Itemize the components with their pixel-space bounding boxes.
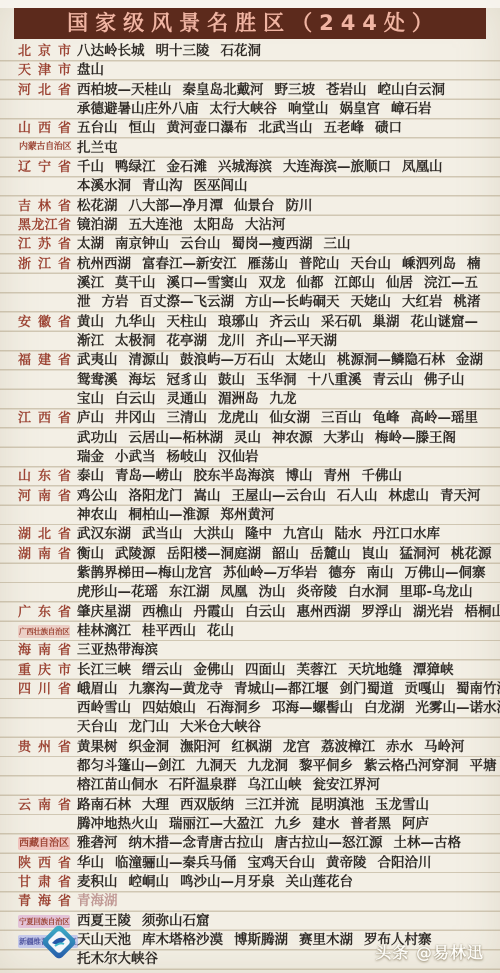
scenic-name: 武汉东湖 <box>77 526 131 542</box>
province-row: 山西省五台山恒山黄河壶口瀑布北武当山五老峰碛口 <box>18 119 492 138</box>
scenic-name: 西双版纳 <box>180 797 234 813</box>
scenic-line: 西柏坡—天桂山秦皇岛北戴河野三坡苍岩山崆山白云洞 <box>77 81 492 100</box>
scenic-name: 琅琊山 <box>218 314 259 330</box>
scenic-line: 黄山九华山天柱山琅琊山齐云山采石矶巢湖花山谜窟— <box>77 313 492 332</box>
scenic-name: 凤凰 <box>221 584 248 600</box>
scenic-name: 仙都 <box>297 275 324 291</box>
scenic-name: 大茅山 <box>324 430 365 446</box>
scenic-name: 博斯腾湖 <box>234 932 288 948</box>
scenic-name: 桂平西山 <box>142 623 196 639</box>
scenic-name: 蜀岗—瘦西湖 <box>232 236 313 252</box>
scenic-name: 紫云格凸河穿洞 <box>364 758 459 774</box>
scenic-name: 龙门山 <box>129 719 170 735</box>
scenic-name: 南京钟山 <box>115 236 169 252</box>
scenic-name: 泄 <box>77 294 91 310</box>
scenic-line: 肇庆星湖西樵山丹霞山白云山惠州西湖罗浮山湖光岩梧桐山 <box>77 603 492 622</box>
scenic-name: 齐山—平天湖 <box>256 333 337 349</box>
scenic-name: 云居山—柘林湖 <box>129 430 224 446</box>
scenic-name: 陆水 <box>335 526 362 542</box>
scenic-line: 瑞金小武当杨岐山汉仙岩 <box>77 448 492 467</box>
province-scenic-list: 黄山九华山天柱山琅琊山齐云山采石矶巢湖花山谜窟—渐江太极洞花亭湖龙川齐山—平天湖 <box>77 313 492 352</box>
province-scenic-list: 太湖南京钟山云台山蜀岗—瘦西湖三山 <box>77 235 492 254</box>
scenic-name: 雁荡山 <box>248 256 289 272</box>
scenic-line: 庐山井冈山三清山龙虎山仙女湖三百山龟峰高岭—瑶里 <box>77 409 492 428</box>
scenic-name: 西夏王陵 <box>77 913 131 929</box>
scenic-name: 织金洞 <box>129 739 170 755</box>
scenic-line: 麦积山崆峒山鸣沙山—月牙泉关山莲花台 <box>77 873 492 892</box>
scenic-name: 华山 <box>77 855 104 871</box>
scenic-name: 野三坡 <box>275 82 316 98</box>
province-scenic-list: 庐山井冈山三清山龙虎山仙女湖三百山龟峰高岭—瑶里武功山云居山—柘林湖灵山神农源大… <box>77 409 492 467</box>
scenic-name: 石花洞 <box>221 43 262 59</box>
scenic-name: 龙川 <box>218 333 245 349</box>
province-row: 湖南省衡山武陵源岳阳楼—洞庭湖韶山岳麓山崀山猛洞河桃花源紫鹊界梯田—梅山龙宫苏仙… <box>18 545 492 603</box>
province-row: 安徽省黄山九华山天柱山琅琊山齐云山采石矶巢湖花山谜窟—渐江太极洞花亭湖龙川齐山—… <box>18 313 492 352</box>
province-label: 甘肃省 <box>18 873 71 892</box>
scenic-name: 白水洞 <box>348 584 389 600</box>
province-row: 海南省三亚热带海滨 <box>18 641 492 660</box>
scenic-name: 清源山 <box>129 352 170 368</box>
scenic-name: 九龙 <box>270 391 297 407</box>
scenic-name: 泰山 <box>77 468 104 484</box>
province-scenic-list: 西夏王陵须弥山石窟 <box>77 912 492 931</box>
scenic-name: 土林—古格 <box>394 835 462 851</box>
scenic-name: 青云山 <box>373 372 414 388</box>
province-label: 北京市 <box>18 42 71 61</box>
scenic-name: 桂林漓江 <box>77 623 131 639</box>
province-label: 山东省 <box>18 467 71 486</box>
scenic-name: 三山 <box>324 236 351 252</box>
scenic-name: 关山莲花台 <box>286 874 354 890</box>
scenic-name: 隆中 <box>245 526 272 542</box>
province-scenic-list: 长江三峡缙云山金佛山四面山芙蓉江天坑地缝潭獐峡 <box>77 661 492 680</box>
scenic-name: 鸳鸯溪 <box>77 372 118 388</box>
scenic-name: 苏仙岭—万华岩 <box>223 565 318 581</box>
scenic-name: 双龙 <box>259 275 286 291</box>
scenic-name: 赛里木湖 <box>299 932 353 948</box>
scenic-name: 崆山白云洞 <box>378 82 446 98</box>
scanned-page: 国家级风景名胜区（244处） 北京市八达岭长城明十三陵石花洞天津市盘山河北省西柏… <box>0 0 500 973</box>
scenic-line: 本溪水洞青山沟医巫闾山 <box>77 177 492 196</box>
province-row: 宁夏回族自治区西夏王陵须弥山石窟 <box>18 912 492 931</box>
scenic-name: 梧桐山 <box>465 604 500 620</box>
province-scenic-list: 杭州西湖富春江—新安江雁荡山普陀山天台山嵊泗列岛楠溪江莫干山溪口—雪窦山双龙仙都… <box>77 255 492 313</box>
scenic-name: 溪江 <box>77 275 104 291</box>
scenic-name: 都匀斗篷山—剑江 <box>77 758 185 774</box>
scenic-name: 九宫山 <box>283 526 324 542</box>
province-scenic-list: 峨眉山九寨沟—黄龙寺青城山—都江堰剑门蜀道贡嘎山蜀南竹海西岭雪山四姑娘山石海洞乡… <box>77 680 492 738</box>
scenic-name: 杨岐山 <box>167 449 208 465</box>
scenic-name: 云台山 <box>180 236 221 252</box>
province-row: 云南省路南石林大理西双版纳三江并流昆明滇池玉龙雪山腾冲地热火山瑞丽江—大盈江九乡… <box>18 796 492 835</box>
scenic-name: 千佛山 <box>362 468 403 484</box>
scenic-line: 泄方岩百丈漈—飞云湖方山—长屿硐天天姥山大红岩桃渚 <box>77 293 492 312</box>
scenic-name: 仙居 <box>386 275 413 291</box>
province-row: 河北省西柏坡—天桂山秦皇岛北戴河野三坡苍岩山崆山白云洞承德避暑山庄外八庙太行大峡… <box>18 81 492 120</box>
scenic-name: 天台山 <box>77 719 118 735</box>
scenic-name: 娲皇宫 <box>340 101 381 117</box>
scenic-name: 普者黑 <box>351 816 392 832</box>
scenic-line: 天台山龙门山大米仓大峡谷 <box>77 718 492 737</box>
province-scenic-list: 三亚热带海滨 <box>77 641 492 660</box>
scenic-name: 阿庐 <box>402 816 429 832</box>
scenic-name: 瑞金 <box>77 449 104 465</box>
province-label: 贵州省 <box>18 738 71 757</box>
scenic-name: 三百山 <box>321 410 362 426</box>
province-row: 辽宁省千山鸭绿江金石滩兴城海滨大连海滨—旅顺口凤凰山本溪水洞青山沟医巫闾山 <box>18 158 492 197</box>
scenic-line: 峨眉山九寨沟—黄龙寺青城山—都江堰剑门蜀道贡嘎山蜀南竹海 <box>77 680 492 699</box>
scenic-name: 鼓浪屿—万石山 <box>180 352 275 368</box>
scenic-name: 巢湖 <box>373 314 400 330</box>
scenic-name: 盘山 <box>77 62 104 78</box>
scenic-name: 仙女湖 <box>270 410 311 426</box>
scenic-name: 腾冲地热火山 <box>77 816 158 832</box>
scenic-name: 神农山 <box>77 507 118 523</box>
province-scenic-list: 雅砻河纳木措—念青唐古拉山唐古拉山—怒江源土林—古格 <box>77 834 492 853</box>
scenic-line: 渐江太极洞花亭湖龙川齐山—平天湖 <box>77 332 492 351</box>
province-label: 河北省 <box>18 81 71 100</box>
scenic-name: 花亭湖 <box>167 333 208 349</box>
scenic-name: 梅岭—滕王阁 <box>375 430 456 446</box>
province-label: 湖南省 <box>18 545 71 564</box>
scenic-line: 扎兰屯 <box>77 139 492 158</box>
scenic-name: 邛海—螺髻山 <box>272 700 353 716</box>
province-row: 吉林省松花湖八大部—净月潭仙景台防川 <box>18 197 492 216</box>
scenic-name: 崆峒山 <box>129 874 170 890</box>
province-row: 湖北省武汉东湖武当山大洪山隆中九宫山陆水丹江口水库 <box>18 525 492 544</box>
scenic-line: 泰山青岛—崂山胶东半岛海滨博山青州千佛山 <box>77 467 492 486</box>
scenic-name: 天坑地缝 <box>348 662 402 678</box>
scenic-name: 太湖 <box>77 236 104 252</box>
province-label: 辽宁省 <box>18 158 71 177</box>
scenic-name: 武陵源 <box>115 546 156 562</box>
scenic-name: 大连海滨—旅顺口 <box>283 159 391 175</box>
scenic-name: 八大部—净月潭 <box>129 198 224 214</box>
scenic-name: 天台山 <box>351 256 392 272</box>
scenic-name: 金佛山 <box>194 662 235 678</box>
scenic-name: 三亚热带海滨 <box>77 642 158 658</box>
province-label: 广西壮族自治区 <box>18 622 71 641</box>
province-scenic-list: 扎兰屯 <box>77 139 492 158</box>
scenic-name: 苍岩山 <box>326 82 367 98</box>
scenic-name: 白云山 <box>245 604 286 620</box>
province-scenic-list: 武夷山清源山鼓浪屿—万石山太姥山桃源洞—鳞隐石林金湖鸳鸯溪海坛冠豸山鼓山玉华洞十… <box>77 351 492 409</box>
province-row: 青海省青海湖 <box>18 892 492 911</box>
scenic-line: 武夷山清源山鼓浪屿—万石山太姥山桃源洞—鳞隐石林金湖 <box>77 351 492 370</box>
scenic-name: 齐云山 <box>270 314 311 330</box>
scenic-name: 金湖 <box>456 352 483 368</box>
province-label: 陕西省 <box>18 854 71 873</box>
scenic-name: 太姥山 <box>286 352 327 368</box>
scenic-name: 天姥山 <box>351 294 392 310</box>
scenic-name: 百丈漈—飞云湖 <box>140 294 235 310</box>
scenic-name: 太阳岛 <box>194 217 235 233</box>
scenic-name: 采石矶 <box>321 314 362 330</box>
province-scenic-list: 盘山 <box>77 61 492 80</box>
scenic-name: 井冈山 <box>115 410 156 426</box>
scenic-name: 千山 <box>77 159 104 175</box>
province-scenic-list: 西柏坡—天桂山秦皇岛北戴河野三坡苍岩山崆山白云洞承德避暑山庄外八庙太行大峡谷响堂… <box>77 81 492 120</box>
scenic-name: 本溪水洞 <box>77 178 131 194</box>
scenic-name: 青山沟 <box>142 178 183 194</box>
province-label: 重庆市 <box>18 661 71 680</box>
scenic-name: 肇庆星湖 <box>77 604 131 620</box>
scenic-name: 德夯 <box>329 565 356 581</box>
scenic-name: 峨眉山 <box>77 681 118 697</box>
scenic-name: 纳木措—念青唐古拉山 <box>129 835 264 851</box>
scenic-name: 路南石林 <box>77 797 131 813</box>
scenic-name: 光雾山—诺水河 <box>416 700 500 716</box>
scenic-name: 天柱山 <box>167 314 208 330</box>
scenic-name: 鸭绿江 <box>115 159 156 175</box>
scenic-name: 洛阳龙门 <box>129 488 183 504</box>
scenic-name: 缙云山 <box>142 662 183 678</box>
scenic-name: 响堂山 <box>288 101 329 117</box>
scenic-name: 溪口—雪窦山 <box>167 275 248 291</box>
scenic-name: 唐古拉山—怒江源 <box>275 835 383 851</box>
scenic-name: 西柏坡—天桂山 <box>77 82 172 98</box>
scenic-name: 龟峰 <box>373 410 400 426</box>
scenic-name: 大理 <box>142 797 169 813</box>
province-scenic-list: 麦积山崆峒山鸣沙山—月牙泉关山莲花台 <box>77 873 492 892</box>
scenic-name: 秦皇岛北戴河 <box>183 82 264 98</box>
province-scenic-list: 泰山青岛—崂山胶东半岛海滨博山青州千佛山 <box>77 467 492 486</box>
scenic-name: 芙蓉江 <box>297 662 338 678</box>
scenic-line: 镜泊湖五大连池太阳岛大沾河 <box>77 216 492 235</box>
province-row: 山东省泰山青岛—崂山胶东半岛海滨博山青州千佛山 <box>18 467 492 486</box>
watermark: 头条 @易林迅 <box>375 940 484 963</box>
scenic-name: 西岭雪山 <box>77 700 131 716</box>
scenic-line: 宝山白云山灵通山湄洲岛九龙 <box>77 390 492 409</box>
scenic-name: 明十三陵 <box>156 43 210 59</box>
scenic-name: 北武当山 <box>259 120 313 136</box>
scenic-name: 浣江—五 <box>424 275 478 291</box>
province-row: 广西壮族自治区桂林漓江桂平西山花山 <box>18 622 492 641</box>
scenic-name: 乌江山峡 <box>248 777 302 793</box>
scenic-line: 虎形山—花瑶东江湖凤凰沩山炎帝陵白水洞里耶-乌龙山 <box>77 583 492 602</box>
scenic-name: 青城山—都江堰 <box>234 681 329 697</box>
scenic-name: 郑州黄河 <box>221 507 275 523</box>
scenic-name: 马岭河 <box>424 739 465 755</box>
scenic-line: 八达岭长城明十三陵石花洞 <box>77 42 492 61</box>
scenic-name: 贡嘎山 <box>405 681 446 697</box>
scenic-name: 四面山 <box>245 662 286 678</box>
scenic-name: 平塘 <box>470 758 497 774</box>
scenic-name: 建水 <box>313 816 340 832</box>
toutiao-logo-icon <box>36 919 82 965</box>
scenic-line: 雅砻河纳木措—念青唐古拉山唐古拉山—怒江源土林—古格 <box>77 834 492 853</box>
scenic-name: 武夷山 <box>77 352 118 368</box>
scenic-name: 青海湖 <box>77 893 118 909</box>
province-row: 福建省武夷山清源山鼓浪屿—万石山太姥山桃源洞—鳞隐石林金湖鸳鸯溪海坛冠豸山鼓山玉… <box>18 351 492 409</box>
scenic-line: 西岭雪山四姑娘山石海洞乡邛海—螺髻山白龙湖光雾山—诺水河 <box>77 699 492 718</box>
scenic-line: 五台山恒山黄河壶口瀑布北武当山五老峰碛口 <box>77 119 492 138</box>
province-row: 甘肃省麦积山崆峒山鸣沙山—月牙泉关山莲花台 <box>18 873 492 892</box>
scenic-line: 松花湖八大部—净月潭仙景台防川 <box>77 197 492 216</box>
scenic-name: 武功山 <box>77 430 118 446</box>
scenic-name: 沩山 <box>259 584 286 600</box>
scenic-name: 赤水 <box>386 739 413 755</box>
scenic-name: 合阳洽川 <box>378 855 432 871</box>
scenic-name: 岳阳楼—洞庭湖 <box>167 546 262 562</box>
scenic-name: 灵通山 <box>167 391 208 407</box>
scenic-line: 溪江莫干山溪口—雪窦山双龙仙都江郎山仙居浣江—五 <box>77 274 492 293</box>
scenic-name: 瑞丽江—大盈江 <box>169 816 264 832</box>
scenic-name: 太行大峡谷 <box>210 101 278 117</box>
scenic-name: 九洞天 <box>196 758 237 774</box>
scenic-line: 武功山云居山—柘林湖灵山神农源大茅山梅岭—滕王阁 <box>77 429 492 448</box>
scenic-line: 武汉东湖武当山大洪山隆中九宫山陆水丹江口水库 <box>77 525 492 544</box>
scenic-name: 大红岩 <box>402 294 443 310</box>
province-row: 西藏自治区雅砻河纳木措—念青唐古拉山唐古拉山—怒江源土林—古格 <box>18 834 492 853</box>
scenic-name: 博山 <box>286 468 313 484</box>
province-scenic-list: 鸡公山洛阳龙门嵩山王屋山—云台山石人山林虑山青天河神农山桐柏山—淮源郑州黄河 <box>77 487 492 526</box>
scenic-name: 八达岭长城 <box>77 43 145 59</box>
scenic-name: 青岛—崂山 <box>115 468 183 484</box>
scenic-name: 惠州西湖 <box>297 604 351 620</box>
scenic-name: 汉仙岩 <box>218 449 259 465</box>
province-scenic-list: 千山鸭绿江金石滩兴城海滨大连海滨—旅顺口凤凰山本溪水洞青山沟医巫闾山 <box>77 158 492 197</box>
province-row: 内蒙古自治区扎兰屯 <box>18 139 492 158</box>
province-label: 福建省 <box>18 351 71 370</box>
scenic-name: 松花湖 <box>77 198 118 214</box>
province-label: 内蒙古自治区 <box>18 139 71 158</box>
scenic-name: 鸣沙山—月牙泉 <box>180 874 275 890</box>
scenic-name: 荔波樟江 <box>321 739 375 755</box>
scenic-name: 岳麓山 <box>310 546 351 562</box>
province-scenic-list: 镜泊湖五大连池太阳岛大沾河 <box>77 216 492 235</box>
province-label: 河南省 <box>18 487 71 506</box>
scenic-name: 南山 <box>367 565 394 581</box>
scenic-name: 宝山 <box>77 391 104 407</box>
scenic-name: 莫干山 <box>115 275 156 291</box>
province-label: 天津市 <box>18 61 71 80</box>
scenic-name: 东江湖 <box>169 584 210 600</box>
scenic-name: 昆明滇池 <box>310 797 364 813</box>
scenic-name: 鸡公山 <box>77 488 118 504</box>
scenic-name: 防川 <box>286 198 313 214</box>
scenic-name: 凤凰山 <box>402 159 443 175</box>
province-row: 北京市八达岭长城明十三陵石花洞 <box>18 42 492 61</box>
scenic-name: 黄果树 <box>77 739 118 755</box>
scenic-name: 渐江 <box>77 333 104 349</box>
province-row: 河南省鸡公山洛阳龙门嵩山王屋山—云台山石人山林虑山青天河神农山桐柏山—淮源郑州黄… <box>18 487 492 526</box>
scenic-name: 武当山 <box>142 526 183 542</box>
province-label: 云南省 <box>18 796 71 815</box>
scenic-name: 湖光岩 <box>413 604 454 620</box>
province-label: 青海省 <box>18 892 71 911</box>
province-row: 广东省肇庆星湖西樵山丹霞山白云山惠州西湖罗浮山湖光岩梧桐山 <box>18 603 492 622</box>
scenic-name: 高岭—瑶里 <box>411 410 479 426</box>
province-row: 贵州省黄果树织金洞潕阳河红枫湖龙宫荔波樟江赤水马岭河都匀斗篷山—剑江九洞天九龙洞… <box>18 738 492 796</box>
scenic-line: 太湖南京钟山云台山蜀岗—瘦西湖三山 <box>77 235 492 254</box>
scenic-name: 恒山 <box>129 120 156 136</box>
scenic-name: 桃渚 <box>454 294 481 310</box>
province-label: 湖北省 <box>18 525 71 544</box>
scenic-name: 库木塔格沙漠 <box>142 932 223 948</box>
scenic-name: 潕阳河 <box>180 739 221 755</box>
province-scenic-list: 衡山武陵源岳阳楼—洞庭湖韶山岳麓山崀山猛洞河桃花源紫鹊界梯田—梅山龙宫苏仙岭—万… <box>77 545 492 603</box>
scenic-name: 万佛山—侗寨 <box>405 565 486 581</box>
scenic-name: 碛口 <box>375 120 402 136</box>
scenic-name: 须弥山石窟 <box>142 913 210 929</box>
province-label: 四川省 <box>18 680 71 699</box>
province-scenic-list: 松花湖八大部—净月潭仙景台防川 <box>77 197 492 216</box>
scenic-name: 五台山 <box>77 120 118 136</box>
scenic-name: 黄山 <box>77 314 104 330</box>
scenic-name: 炎帝陵 <box>297 584 338 600</box>
scenic-name: 罗浮山 <box>362 604 403 620</box>
scenic-name: 冠豸山 <box>167 372 208 388</box>
scenic-name: 托木尔大峡谷 <box>77 951 158 967</box>
scenic-name: 韶山 <box>272 546 299 562</box>
province-row: 陕西省华山临潼骊山—秦兵马俑宝鸡天台山黄帝陵合阳洽川 <box>18 854 492 873</box>
scenic-line: 紫鹊界梯田—梅山龙宫苏仙岭—万华岩德夯南山万佛山—侗寨 <box>77 564 492 583</box>
province-row: 江西省庐山井冈山三清山龙虎山仙女湖三百山龟峰高岭—瑶里武功山云居山—柘林湖灵山神… <box>18 409 492 467</box>
scenic-name: 衡山 <box>77 546 104 562</box>
scenic-name: 崀山 <box>362 546 389 562</box>
scenic-name: 石阡温泉群 <box>169 777 237 793</box>
scenic-name: 王屋山—云台山 <box>232 488 327 504</box>
scenic-name: 嵊泗列岛 <box>402 256 456 272</box>
scenic-name: 胶东半岛海滨 <box>194 468 275 484</box>
scenic-line: 桂林漓江桂平西山花山 <box>77 622 492 641</box>
province-scenic-list: 青海湖 <box>77 892 492 911</box>
province-label: 山西省 <box>18 119 71 138</box>
scenic-name: 灵山 <box>234 430 261 446</box>
province-label: 西藏自治区 <box>18 834 71 853</box>
scenic-name: 青天河 <box>440 488 481 504</box>
scenic-name: 白云山 <box>115 391 156 407</box>
scenic-name: 龙宫 <box>283 739 310 755</box>
scenic-name: 桐柏山—淮源 <box>129 507 210 523</box>
scenic-name: 榕江苗山侗水 <box>77 777 158 793</box>
province-scenic-list: 五台山恒山黄河壶口瀑布北武当山五老峰碛口 <box>77 119 492 138</box>
province-scenic-list: 八达岭长城明十三陵石花洞 <box>77 42 492 61</box>
scenic-name: 雅砻河 <box>77 835 118 851</box>
scenic-line: 千山鸭绿江金石滩兴城海滨大连海滨—旅顺口凤凰山 <box>77 158 492 177</box>
province-scenic-list: 黄果树织金洞潕阳河红枫湖龙宫荔波樟江赤水马岭河都匀斗篷山—剑江九洞天九龙洞黎平侗… <box>77 738 492 796</box>
scenic-name: 金石滩 <box>167 159 208 175</box>
scenic-name: 黄河壶口瀑布 <box>167 120 248 136</box>
scenic-name: 嶂石岩 <box>391 101 432 117</box>
scenic-name: 石海洞乡 <box>207 700 261 716</box>
scenic-name: 医巫闾山 <box>194 178 248 194</box>
province-scenic-list: 桂林漓江桂平西山花山 <box>77 622 492 641</box>
scenic-line: 鸡公山洛阳龙门嵩山王屋山—云台山石人山林虑山青天河 <box>77 487 492 506</box>
scenic-line: 三亚热带海滨 <box>77 641 492 660</box>
scenic-name: 三清山 <box>167 410 208 426</box>
scenic-name: 四姑娘山 <box>142 700 196 716</box>
scenic-name: 神农源 <box>272 430 313 446</box>
page-title: 国家级风景名胜区（244处） <box>14 8 486 39</box>
scenic-name: 海坛 <box>129 372 156 388</box>
scenic-name: 花山谜窟— <box>411 314 479 330</box>
scenic-name: 大沾河 <box>245 217 286 233</box>
scenic-name: 花山 <box>207 623 234 639</box>
scenic-name: 杭州西湖 <box>77 256 131 272</box>
scenic-name: 三江并流 <box>245 797 299 813</box>
scenic-name: 嵩山 <box>194 488 221 504</box>
scenic-name: 鼓山 <box>218 372 245 388</box>
province-row: 浙江省杭州西湖富春江—新安江雁荡山普陀山天台山嵊泗列岛楠溪江莫干山溪口—雪窦山双… <box>18 255 492 313</box>
scenic-name: 承德避暑山庄外八庙 <box>77 101 199 117</box>
scenic-name: 瓮安江界河 <box>313 777 381 793</box>
scenic-name: 青州 <box>324 468 351 484</box>
scenic-line: 衡山武陵源岳阳楼—洞庭湖韶山岳麓山崀山猛洞河桃花源 <box>77 545 492 564</box>
province-scenic-list: 武汉东湖武当山大洪山隆中九宫山陆水丹江口水库 <box>77 525 492 544</box>
province-row: 江苏省太湖南京钟山云台山蜀岗—瘦西湖三山 <box>18 235 492 254</box>
